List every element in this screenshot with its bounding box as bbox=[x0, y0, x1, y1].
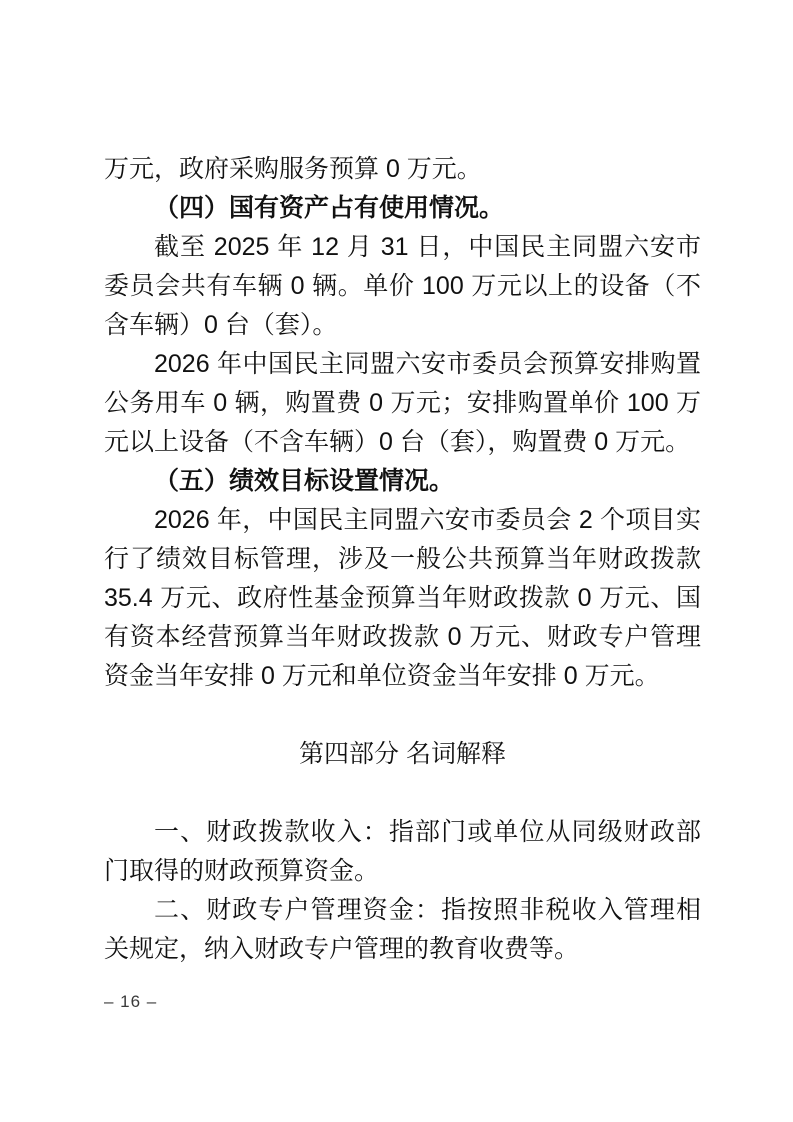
body-paragraph: 一、财政拨款收入：指部门或单位从同级财政部门取得的财政预算资金。 bbox=[104, 813, 701, 891]
body-paragraph: 截至 2025 年 12 月 31 日，中国民主同盟六安市委员会共有车辆 0 辆… bbox=[104, 228, 701, 345]
subsection-heading-4: （四）国有资产占有使用情况。 bbox=[104, 189, 701, 228]
body-paragraph: 二、财政专户管理资金：指按照非税收入管理相关规定，纳入财政专户管理的教育收费等。 bbox=[104, 891, 701, 969]
page-number: – 16 – bbox=[104, 991, 157, 1013]
body-paragraph: 2026 年中国民主同盟六安市委员会预算安排购置公务用车 0 辆，购置费 0 万… bbox=[104, 345, 701, 462]
document-page: 万元，政府采购服务预算 0 万元。 （四）国有资产占有使用情况。 截至 2025… bbox=[0, 0, 793, 1122]
body-paragraph: 2026 年，中国民主同盟六安市委员会 2 个项目实行了绩效目标管理，涉及一般公… bbox=[104, 501, 701, 696]
subsection-heading-5: （五）绩效目标设置情况。 bbox=[104, 462, 701, 501]
section-title: 第四部分 名词解释 bbox=[104, 735, 701, 774]
body-paragraph-continuation: 万元，政府采购服务预算 0 万元。 bbox=[104, 150, 701, 189]
page-body: 万元，政府采购服务预算 0 万元。 （四）国有资产占有使用情况。 截至 2025… bbox=[104, 150, 701, 969]
